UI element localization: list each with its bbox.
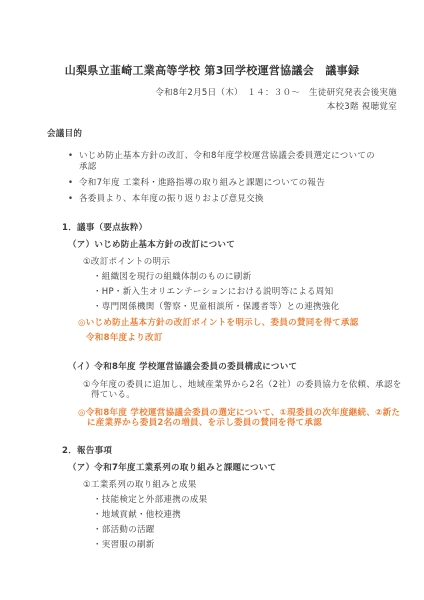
bullet-icon: • bbox=[68, 178, 73, 189]
purpose-item: •令和7年度 工業科・進路指導の取り組みと課題についての報告 bbox=[68, 178, 383, 189]
agenda-item-i-point: ①今年度の委員に追加し、地域産業界から2名（2社）の委員協力を依頼、承認を得てい… bbox=[83, 380, 403, 400]
agenda-item-a-detail: ・組織図を現行の組織体制のものに刷新 bbox=[93, 272, 424, 283]
agenda-section-heading: 1．議事（要点抜粋） bbox=[62, 223, 424, 234]
agenda-item-a-detail: ・HP・新入生オリエンテーションにおける説明等による周知 bbox=[93, 287, 424, 298]
reports-item-a-detail: ・部活動の活躍 bbox=[93, 525, 424, 536]
reports-item-a-detail: ・実習服の刷新 bbox=[93, 540, 424, 551]
purpose-item-text: 令和7年度 工業科・進路指導の取り組みと課題についての報告 bbox=[79, 178, 325, 188]
agenda-item-a-detail: ・専門関係機関（警察・児童相談所・保護者等）との連携強化 bbox=[93, 302, 424, 313]
reports-item-a-heading: （ア）令和7年度工業系列の取り組みと課題について bbox=[68, 463, 424, 474]
reports-item-a-detail: ・技能検定と外部連携の成果 bbox=[93, 495, 424, 506]
agenda-item-a-decision-note: 令和8年度より改訂 bbox=[86, 333, 424, 344]
meeting-venue: 本校3階 視聴覚室 bbox=[0, 101, 397, 113]
purpose-item-text: いじめ防止基本方針の改訂、令和8年度学校運営協議会委員選定についての承認 bbox=[79, 151, 375, 172]
reports-item-a-point: ①工業系列の取り組みと成果 bbox=[83, 480, 424, 491]
bullet-icon: • bbox=[68, 151, 73, 162]
purpose-list: •いじめ防止基本方針の改訂、令和8年度学校運営協議会委員選定についての承認 •令… bbox=[68, 151, 424, 205]
purpose-item-text: 各委員より、本年度の振り返りおよび意見交換 bbox=[79, 194, 264, 204]
meeting-datetime: 令和8年2月5日（木） １４：３０～ 生徒研究発表会後実施 bbox=[0, 87, 397, 99]
minutes-document-page: 山梨県立韮崎工業高等学校 第3回学校運営協議会 議事録 令和8年2月5日（木） … bbox=[0, 0, 424, 600]
agenda-item-a-point: ①改訂ポイントの明示 bbox=[83, 257, 424, 268]
purpose-heading: 会議目的 bbox=[47, 129, 424, 140]
document-title: 山梨県立韮崎工業高等学校 第3回学校運営協議会 議事録 bbox=[10, 64, 414, 78]
agenda-item-i-decision: ◎令和8年度 学校運営協議会委員の選定について、①現委員の次年度継続、②新たに産… bbox=[78, 408, 401, 428]
reports-item-a-detail: ・地域貢献・他校連携 bbox=[93, 510, 424, 521]
bullet-icon: • bbox=[68, 194, 73, 205]
agenda-item-a-decision: ◎いじめ防止基本方針の改訂ポイントを明示し、委員の賛同を得て承認 bbox=[78, 318, 424, 329]
purpose-item: •各委員より、本年度の振り返りおよび意見交換 bbox=[68, 194, 383, 205]
reports-section-heading: 2．報告事項 bbox=[62, 446, 424, 457]
agenda-item-a-heading: （ア）いじめ防止基本方針の改訂について bbox=[68, 240, 424, 251]
purpose-item: •いじめ防止基本方針の改訂、令和8年度学校運営協議会委員選定についての承認 bbox=[68, 151, 383, 173]
agenda-item-i-heading: （イ）令和8年度 学校運営協議会委員の委員構成について bbox=[68, 362, 424, 373]
